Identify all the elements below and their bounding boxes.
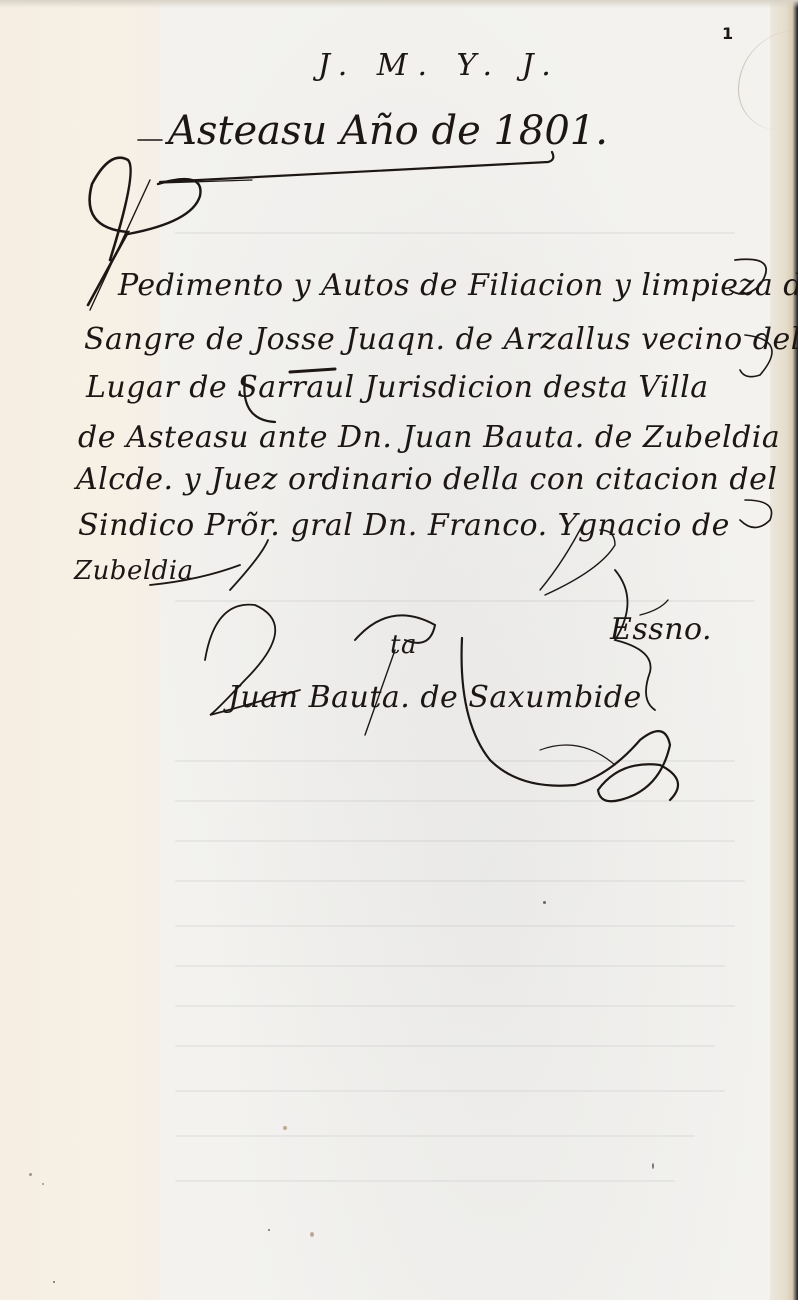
signature-flourish — [205, 605, 300, 715]
initial-p-icon — [88, 158, 131, 305]
title-underline — [160, 152, 553, 182]
manuscript-page: 1 J. M. Y. J. Asteasu Año de 1801. Pedim… — [0, 0, 798, 1300]
signature-rubric — [462, 638, 678, 801]
pen-flourishes — [0, 0, 798, 1300]
